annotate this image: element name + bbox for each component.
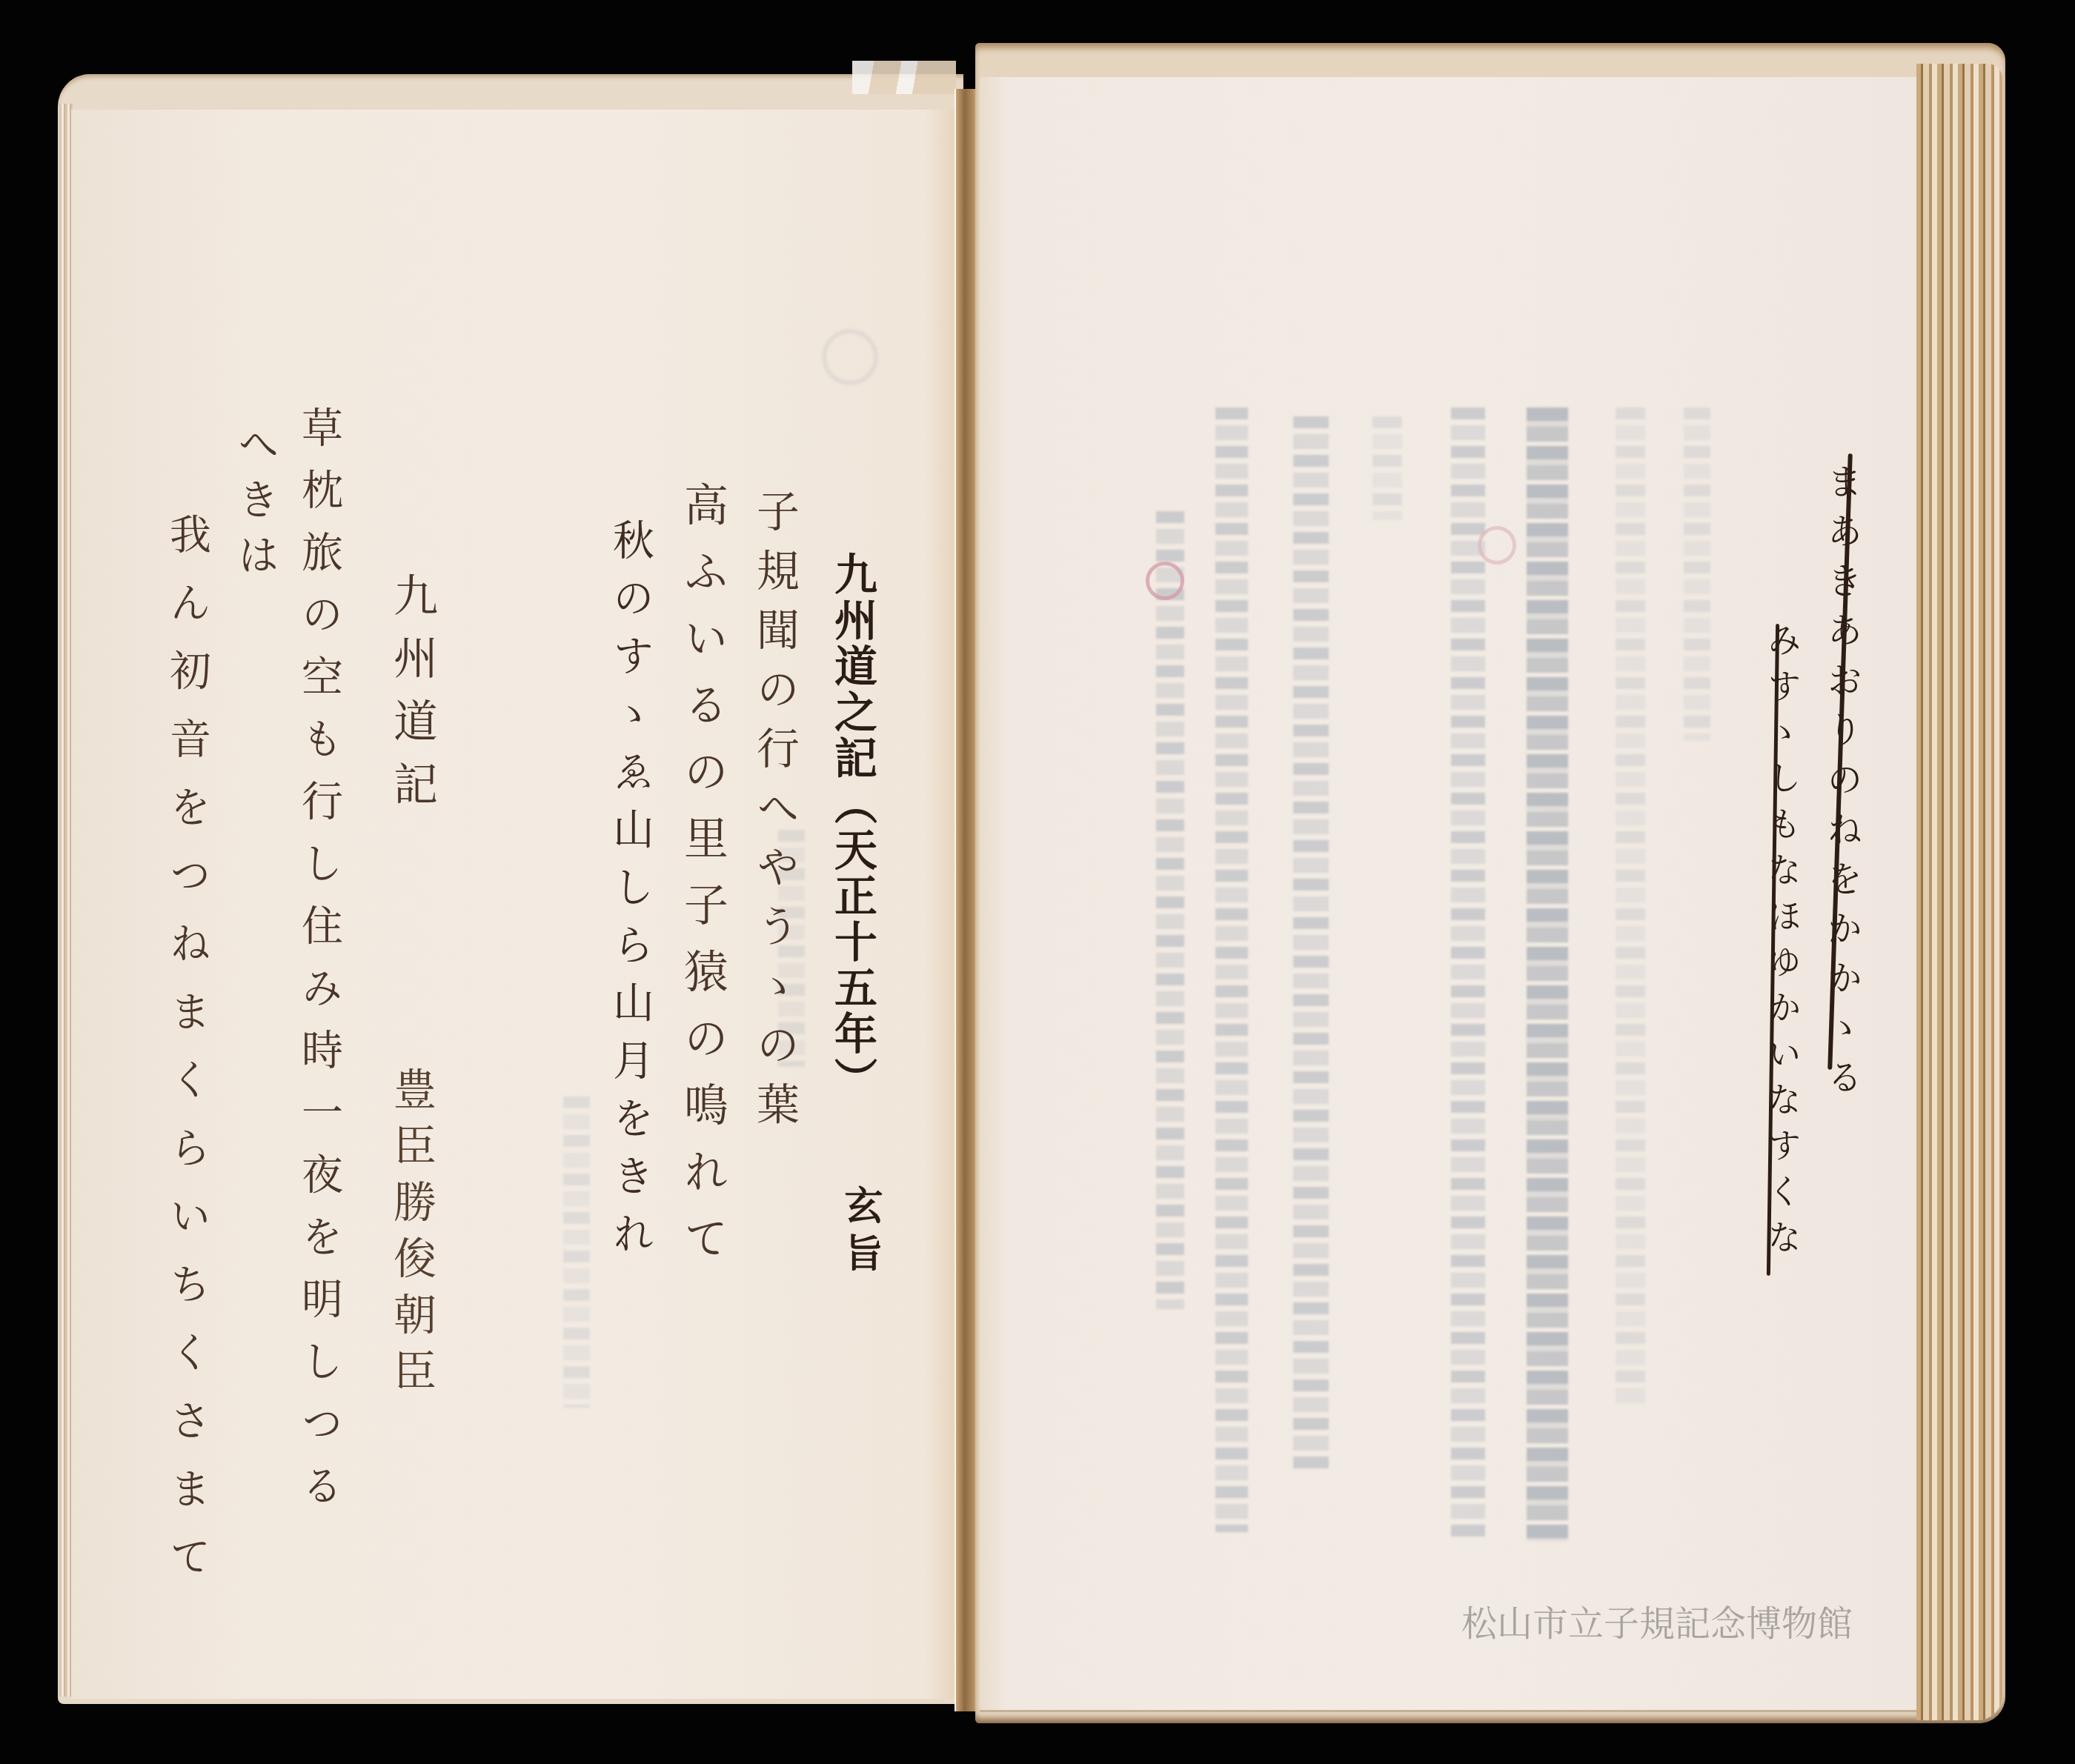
red-circle-mark bbox=[1478, 526, 1516, 565]
bleed-through-column bbox=[1684, 407, 1710, 741]
entry2-line-2: へきは bbox=[234, 422, 276, 589]
entry2-line-3: 我ん初音をつねまくらいちくさまて bbox=[166, 513, 207, 1603]
torn-paper-edge bbox=[852, 61, 956, 94]
bleed-through-column bbox=[1156, 511, 1184, 1309]
entry2-line-1: 草枕旅の空も行し住み時一夜を明しつる bbox=[298, 406, 339, 1526]
bleed-through-mark bbox=[823, 330, 877, 385]
bleed-through-column bbox=[1372, 416, 1402, 520]
entry1-line-2: 高ふいるの里子猿の鳴れて bbox=[680, 482, 725, 1282]
bleed-through-column bbox=[1215, 407, 1248, 1532]
bleed-through-column bbox=[563, 1096, 590, 1408]
bleed-through-column bbox=[1293, 416, 1329, 1474]
entry1-line-3: 秋のすゝゑ山しら山月をきれ bbox=[609, 519, 651, 1270]
entry2-title: 九州道記 bbox=[390, 572, 434, 824]
museum-watermark: 松山市立子規記念博物館 bbox=[1461, 1606, 1853, 1642]
entry1-author: 玄旨 bbox=[840, 1185, 879, 1280]
entry1-title: 九州道之記（天正十五年） bbox=[831, 552, 874, 1103]
bleed-through-column bbox=[1451, 407, 1485, 1541]
entry1-line-1: 子規聞の行へやうゝの葉 bbox=[753, 489, 796, 1141]
page-fore-edge bbox=[1916, 64, 2002, 1720]
bleed-through-column bbox=[1527, 407, 1568, 1541]
red-circle-mark bbox=[1146, 562, 1184, 600]
bleed-through-column bbox=[1616, 407, 1645, 1408]
entry2-author: 豊臣勝俊朝臣 bbox=[390, 1067, 433, 1405]
